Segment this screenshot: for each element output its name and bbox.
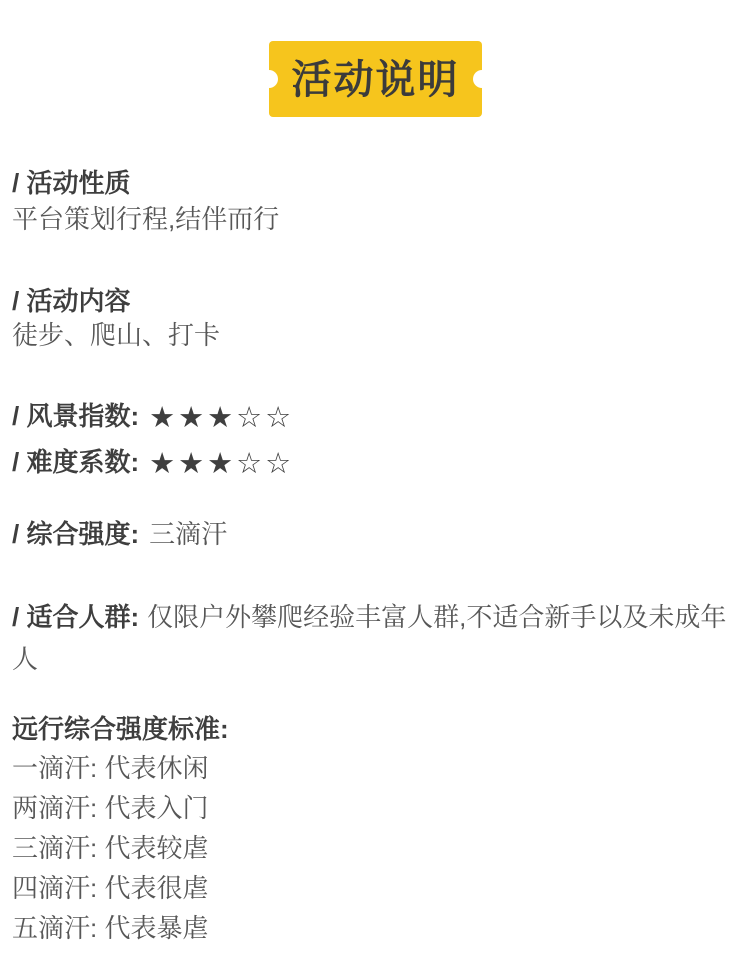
section-heading-activity-nature: / 活动性质 <box>12 166 130 200</box>
rating-stars-difficulty: ★★★☆☆ <box>149 448 294 480</box>
rating-row-difficulty: / 难度系数:★★★☆☆ <box>12 444 294 482</box>
section-heading-activity-content: / 活动内容 <box>12 284 130 318</box>
activity-banner: 活动说明 <box>269 41 482 117</box>
standards-item-4: 四滴汗: 代表很虐 <box>12 868 208 908</box>
rating-stars-scenery: ★★★☆☆ <box>149 402 294 434</box>
audience-label: / 适合人群: <box>12 602 139 632</box>
intensity-value: 三滴汗 <box>149 519 227 549</box>
audience-paragraph: / 适合人群:仅限户外攀爬经验丰富人群,不适合新手以及未成年人 <box>12 596 746 680</box>
standards-title: 远行综合强度标准: <box>12 712 229 746</box>
ticket-notch-left <box>260 70 278 88</box>
standards-item-5: 五滴汗: 代表暴虐 <box>12 908 208 948</box>
activity-description-page: 活动说明 / 活动性质 平台策划行程,结伴而行 / 活动内容 徒步、爬山、打卡 … <box>0 0 750 964</box>
rating-label-scenery: / 风景指数: <box>12 401 139 431</box>
intensity-label: / 综合强度: <box>12 519 139 549</box>
standards-item-2: 两滴汗: 代表入门 <box>12 788 208 828</box>
section-body-activity-nature: 平台策划行程,结伴而行 <box>12 202 279 236</box>
rating-row-scenery: / 风景指数:★★★☆☆ <box>12 398 294 436</box>
page-title: 活动说明 <box>292 58 460 100</box>
section-body-activity-content: 徒步、爬山、打卡 <box>12 318 220 352</box>
standards-item-1: 一滴汗: 代表休闲 <box>12 748 208 788</box>
rating-label-difficulty: / 难度系数: <box>12 447 139 477</box>
ticket-notch-right <box>473 70 491 88</box>
standards-list: 一滴汗: 代表休闲 两滴汗: 代表入门 三滴汗: 代表较虐 四滴汗: 代表很虐 … <box>12 748 208 948</box>
standards-item-3: 三滴汗: 代表较虐 <box>12 828 208 868</box>
intensity-row: / 综合强度:三滴汗 <box>12 516 227 552</box>
